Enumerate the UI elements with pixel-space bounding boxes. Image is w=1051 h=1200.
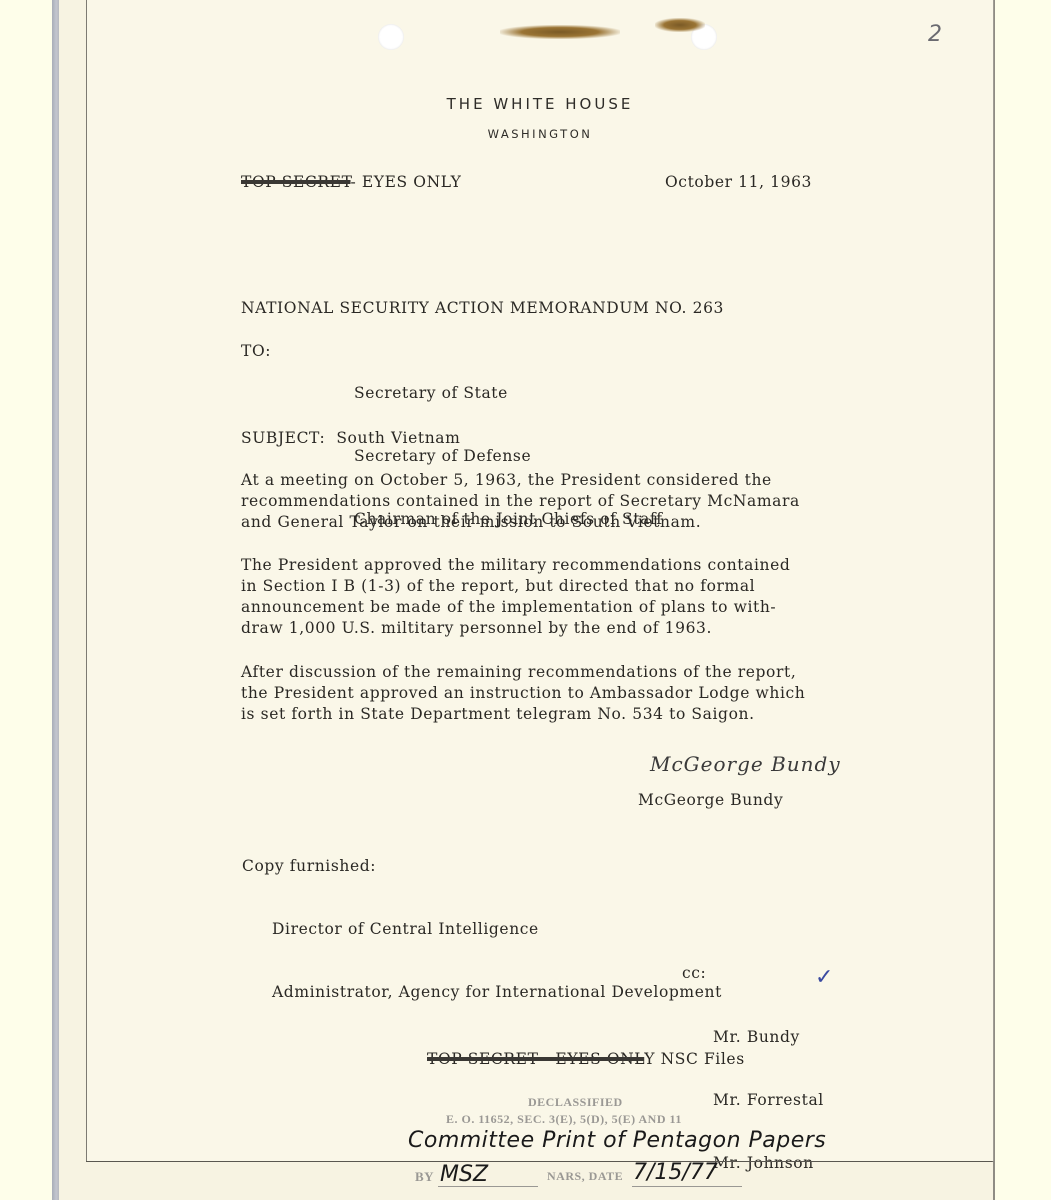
cc-recipient: NSC Files	[661, 1050, 745, 1068]
struck-classification: TOP SECRET	[241, 173, 351, 191]
cc-recipient: Mr. Bundy	[713, 1027, 824, 1048]
text-line: draw 1,000 U.S. miltitary personnel by t…	[241, 618, 881, 639]
subject-label: SUBJECT:	[241, 429, 325, 447]
declassified-stamp-heading: DECLASSIFIED	[528, 1095, 623, 1110]
stamp-date-underline	[632, 1186, 742, 1187]
stamp-by-label: BY	[415, 1169, 434, 1185]
body-paragraph-2: The President approved the military reco…	[241, 555, 881, 639]
recipient: Secretary of Defense	[354, 446, 663, 467]
sheet-bottom-edge	[86, 1161, 992, 1162]
cc-recipient: Mr. Forrestal	[713, 1090, 824, 1111]
page-number: 2	[928, 22, 942, 47]
classification-remaining: - EYES ONLY	[351, 173, 462, 191]
subject-value: South Vietnam	[336, 429, 460, 447]
copy-furnished-list: Director of Central Intelligence Adminis…	[272, 877, 722, 1024]
copy-furnished-label: Copy furnished:	[242, 856, 376, 877]
rust-stain	[500, 25, 620, 39]
letterhead-title: THE WHITE HOUSE	[0, 95, 1051, 113]
text-line: and General Taylor on their mission to S…	[241, 512, 881, 533]
text-line: the President approved an instruction to…	[241, 683, 881, 704]
copy-recipient: Administrator, Agency for International …	[272, 982, 722, 1003]
classification-marking-top: TOP SECRET- EYES ONLY	[241, 172, 462, 193]
struck-classification: TOP SECRET - EYES ONL	[427, 1050, 644, 1068]
rust-stain	[655, 18, 705, 32]
subject-line: SUBJECT: South Vietnam	[241, 428, 460, 449]
handwritten-initials: MSZ	[440, 1162, 488, 1187]
stamp-nars-date-label: NARS, DATE	[547, 1169, 623, 1184]
text-line: The President approved the military reco…	[241, 555, 881, 576]
to-label: TO:	[241, 341, 271, 362]
handwritten-signature: McGeorge Bundy	[650, 752, 841, 776]
classification-marking-bottom: TOP SECRET - EYES ONLY NSC Files	[427, 1049, 745, 1070]
text-line: At a meeting on October 5, 1963, the Pre…	[241, 470, 881, 491]
signer-name: McGeorge Bundy	[638, 790, 783, 811]
text-line: recommendations contained in the report …	[241, 491, 881, 512]
body-paragraph-3: After discussion of the remaining recomm…	[241, 662, 881, 725]
handwritten-authority: Committee Print of Pentagon Papers	[408, 1128, 826, 1153]
cc-label: cc:	[682, 963, 706, 984]
memo-date: October 11, 1963	[665, 172, 812, 193]
punch-hole-left	[378, 24, 404, 50]
cc-recipient: Mr. Johnson	[713, 1153, 824, 1174]
declassified-stamp-authority: E. O. 11652, SEC. 3(E), 5(D), 5(E) AND 1…	[446, 1112, 682, 1127]
cc-list: Mr. Bundy Mr. Forrestal Mr. Johnson	[713, 985, 824, 1195]
copy-recipient: Director of Central Intelligence	[272, 919, 722, 940]
text-line: is set forth in State Department telegra…	[241, 704, 881, 725]
classification-remaining: Y	[644, 1050, 655, 1068]
letterhead-city: WASHINGTON	[0, 127, 1051, 141]
memo-title: NATIONAL SECURITY ACTION MEMORANDUM NO. …	[241, 298, 724, 319]
text-line: in Section I B (1-3) of the report, but …	[241, 576, 881, 597]
handwritten-date: 7/15/77	[633, 1160, 718, 1185]
checkmark-icon: ✓	[815, 965, 833, 990]
recipient: Secretary of State	[354, 383, 663, 404]
scan-binder-edge	[52, 0, 59, 1200]
body-paragraph-1: At a meeting on October 5, 1963, the Pre…	[241, 470, 881, 533]
text-line: announcement be made of the implementati…	[241, 597, 881, 618]
text-line: After discussion of the remaining recomm…	[241, 662, 881, 683]
